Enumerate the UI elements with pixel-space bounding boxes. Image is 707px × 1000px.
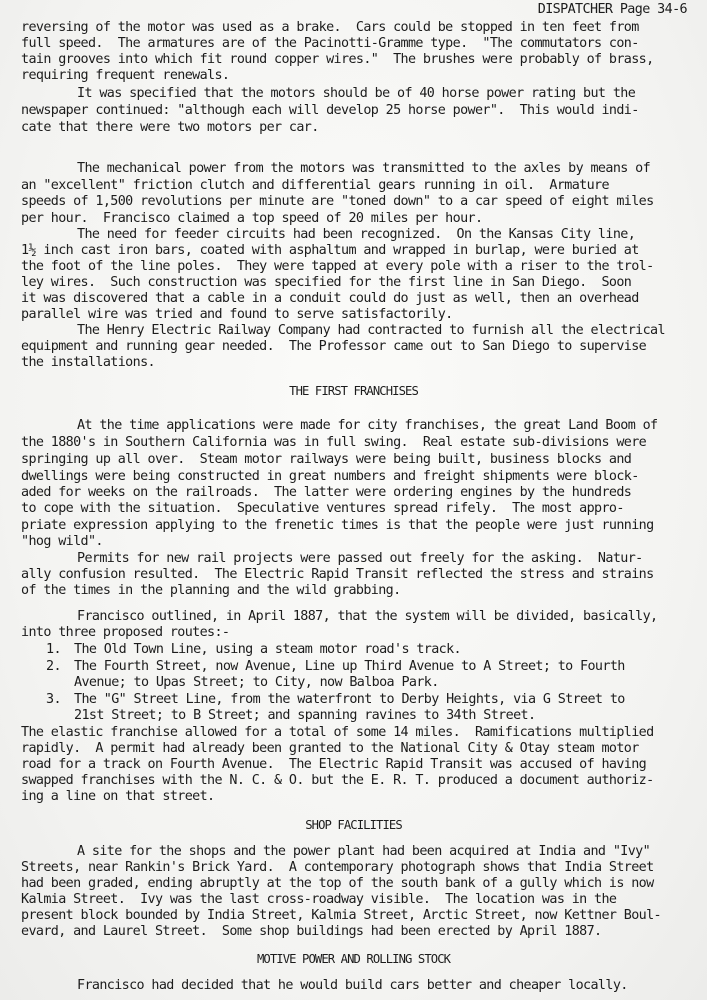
text-line: aded for weeks on the railroads. The lat… — [21, 485, 631, 501]
text-line: present block bounded by India Street, K… — [21, 908, 661, 924]
text-line: The need for feeder circuits had been re… — [77, 227, 635, 243]
text-line: evard, and Laurel Street. Some shop buil… — [21, 924, 601, 940]
text-line: reversing of the motor was used as a bra… — [21, 20, 639, 36]
route-text: The Old Town Line, using a steam motor r… — [74, 642, 461, 658]
text-line: At the time applications were made for c… — [77, 418, 657, 434]
text-line: equipment and running gear needed. The P… — [21, 339, 646, 355]
text-line: Permits for new rail projects were passe… — [77, 551, 643, 567]
route-text: The "G" Street Line, from the waterfront… — [74, 692, 625, 708]
text-line: dwellings were being constructed in grea… — [21, 469, 639, 485]
text-line: The elastic franchise allowed for a tota… — [21, 725, 654, 741]
text-line: requiring frequent renewals. — [21, 68, 229, 84]
text-line: rapidly. A permit had already been grant… — [21, 741, 639, 757]
route-number: 3. — [46, 692, 61, 708]
text-line: road for a track on Fourth Avenue. The E… — [21, 757, 646, 773]
text-line: ally confusion resulted. The Electric Ra… — [21, 567, 654, 583]
text-line: The mechanical power from the motors was… — [77, 161, 650, 177]
text-line: A site for the shops and the power plant… — [77, 844, 650, 860]
section-heading: THE FIRST FRANCHISES — [0, 383, 707, 399]
route-number: 2. — [46, 659, 61, 675]
route-text: The Fourth Street, now Avenue, Line up T… — [74, 659, 625, 675]
text-line: it was discovered that a cable in a cond… — [21, 291, 639, 307]
route-text: Avenue; to Upas Street; to City, now Bal… — [74, 675, 439, 691]
text-line: The Henry Electric Railway Company had c… — [77, 323, 665, 339]
text-line: of the times in the planning and the wil… — [21, 583, 401, 599]
section-heading: MOTIVE POWER AND ROLLING STOCK — [0, 951, 707, 967]
text-line: swapped franchises with the N. C. & O. b… — [21, 773, 654, 789]
text-line: newspaper continued: "although each will… — [21, 103, 639, 119]
text-line: Kalmia Street. Ivy was the last cross-ro… — [21, 892, 616, 908]
text-line: the 1880's in Southern California was in… — [21, 435, 646, 451]
text-line: had been graded, ending abruptly at the … — [21, 876, 654, 892]
text-line: into three proposed routes:- — [21, 625, 229, 641]
text-line: "hog wild". — [21, 534, 103, 550]
route-text: 21st Street; to B Street; and spanning r… — [74, 708, 535, 724]
text-line: 1½ inch cast iron bars, coated with asph… — [21, 243, 639, 259]
text-line: springing up all over. Steam motor railw… — [21, 452, 631, 468]
text-line: Francisco outlined, in April 1887, that … — [77, 609, 657, 625]
section-heading: SHOP FACILITIES — [0, 817, 707, 833]
text-line: an "excellent" friction clutch and diffe… — [21, 178, 609, 194]
text-line: per hour. Francisco claimed a top speed … — [21, 211, 482, 227]
text-line: the installations. — [21, 355, 155, 371]
text-line: Francisco had decided that he would buil… — [77, 978, 628, 994]
text-line: Streets, near Rankin's Brick Yard. A con… — [21, 860, 654, 876]
text-line: the foot of the line poles. They were ta… — [21, 259, 654, 275]
text-line: ing a line on that street. — [21, 789, 215, 805]
document-page: DISPATCHER Page 34-6 reversing of the mo… — [0, 0, 707, 1000]
text-line: full speed. The armatures are of the Pac… — [21, 36, 639, 52]
text-line: to cope with the situation. Speculative … — [21, 501, 624, 517]
text-line: parallel wire was tried and found to ser… — [21, 307, 453, 323]
text-line: priate expression applying to the frenet… — [21, 518, 654, 534]
route-number: 1. — [46, 642, 61, 658]
text-line: It was specified that the motors should … — [77, 86, 635, 102]
text-line: tain grooves into which fit round copper… — [21, 52, 654, 68]
text-line: speeds of 1,500 revolutions per minute a… — [21, 194, 654, 210]
page-header: DISPATCHER Page 34-6 — [538, 2, 687, 17]
text-line: ley wires. Such construction was specifi… — [21, 275, 631, 291]
text-line: cate that there were two motors per car. — [21, 120, 319, 136]
